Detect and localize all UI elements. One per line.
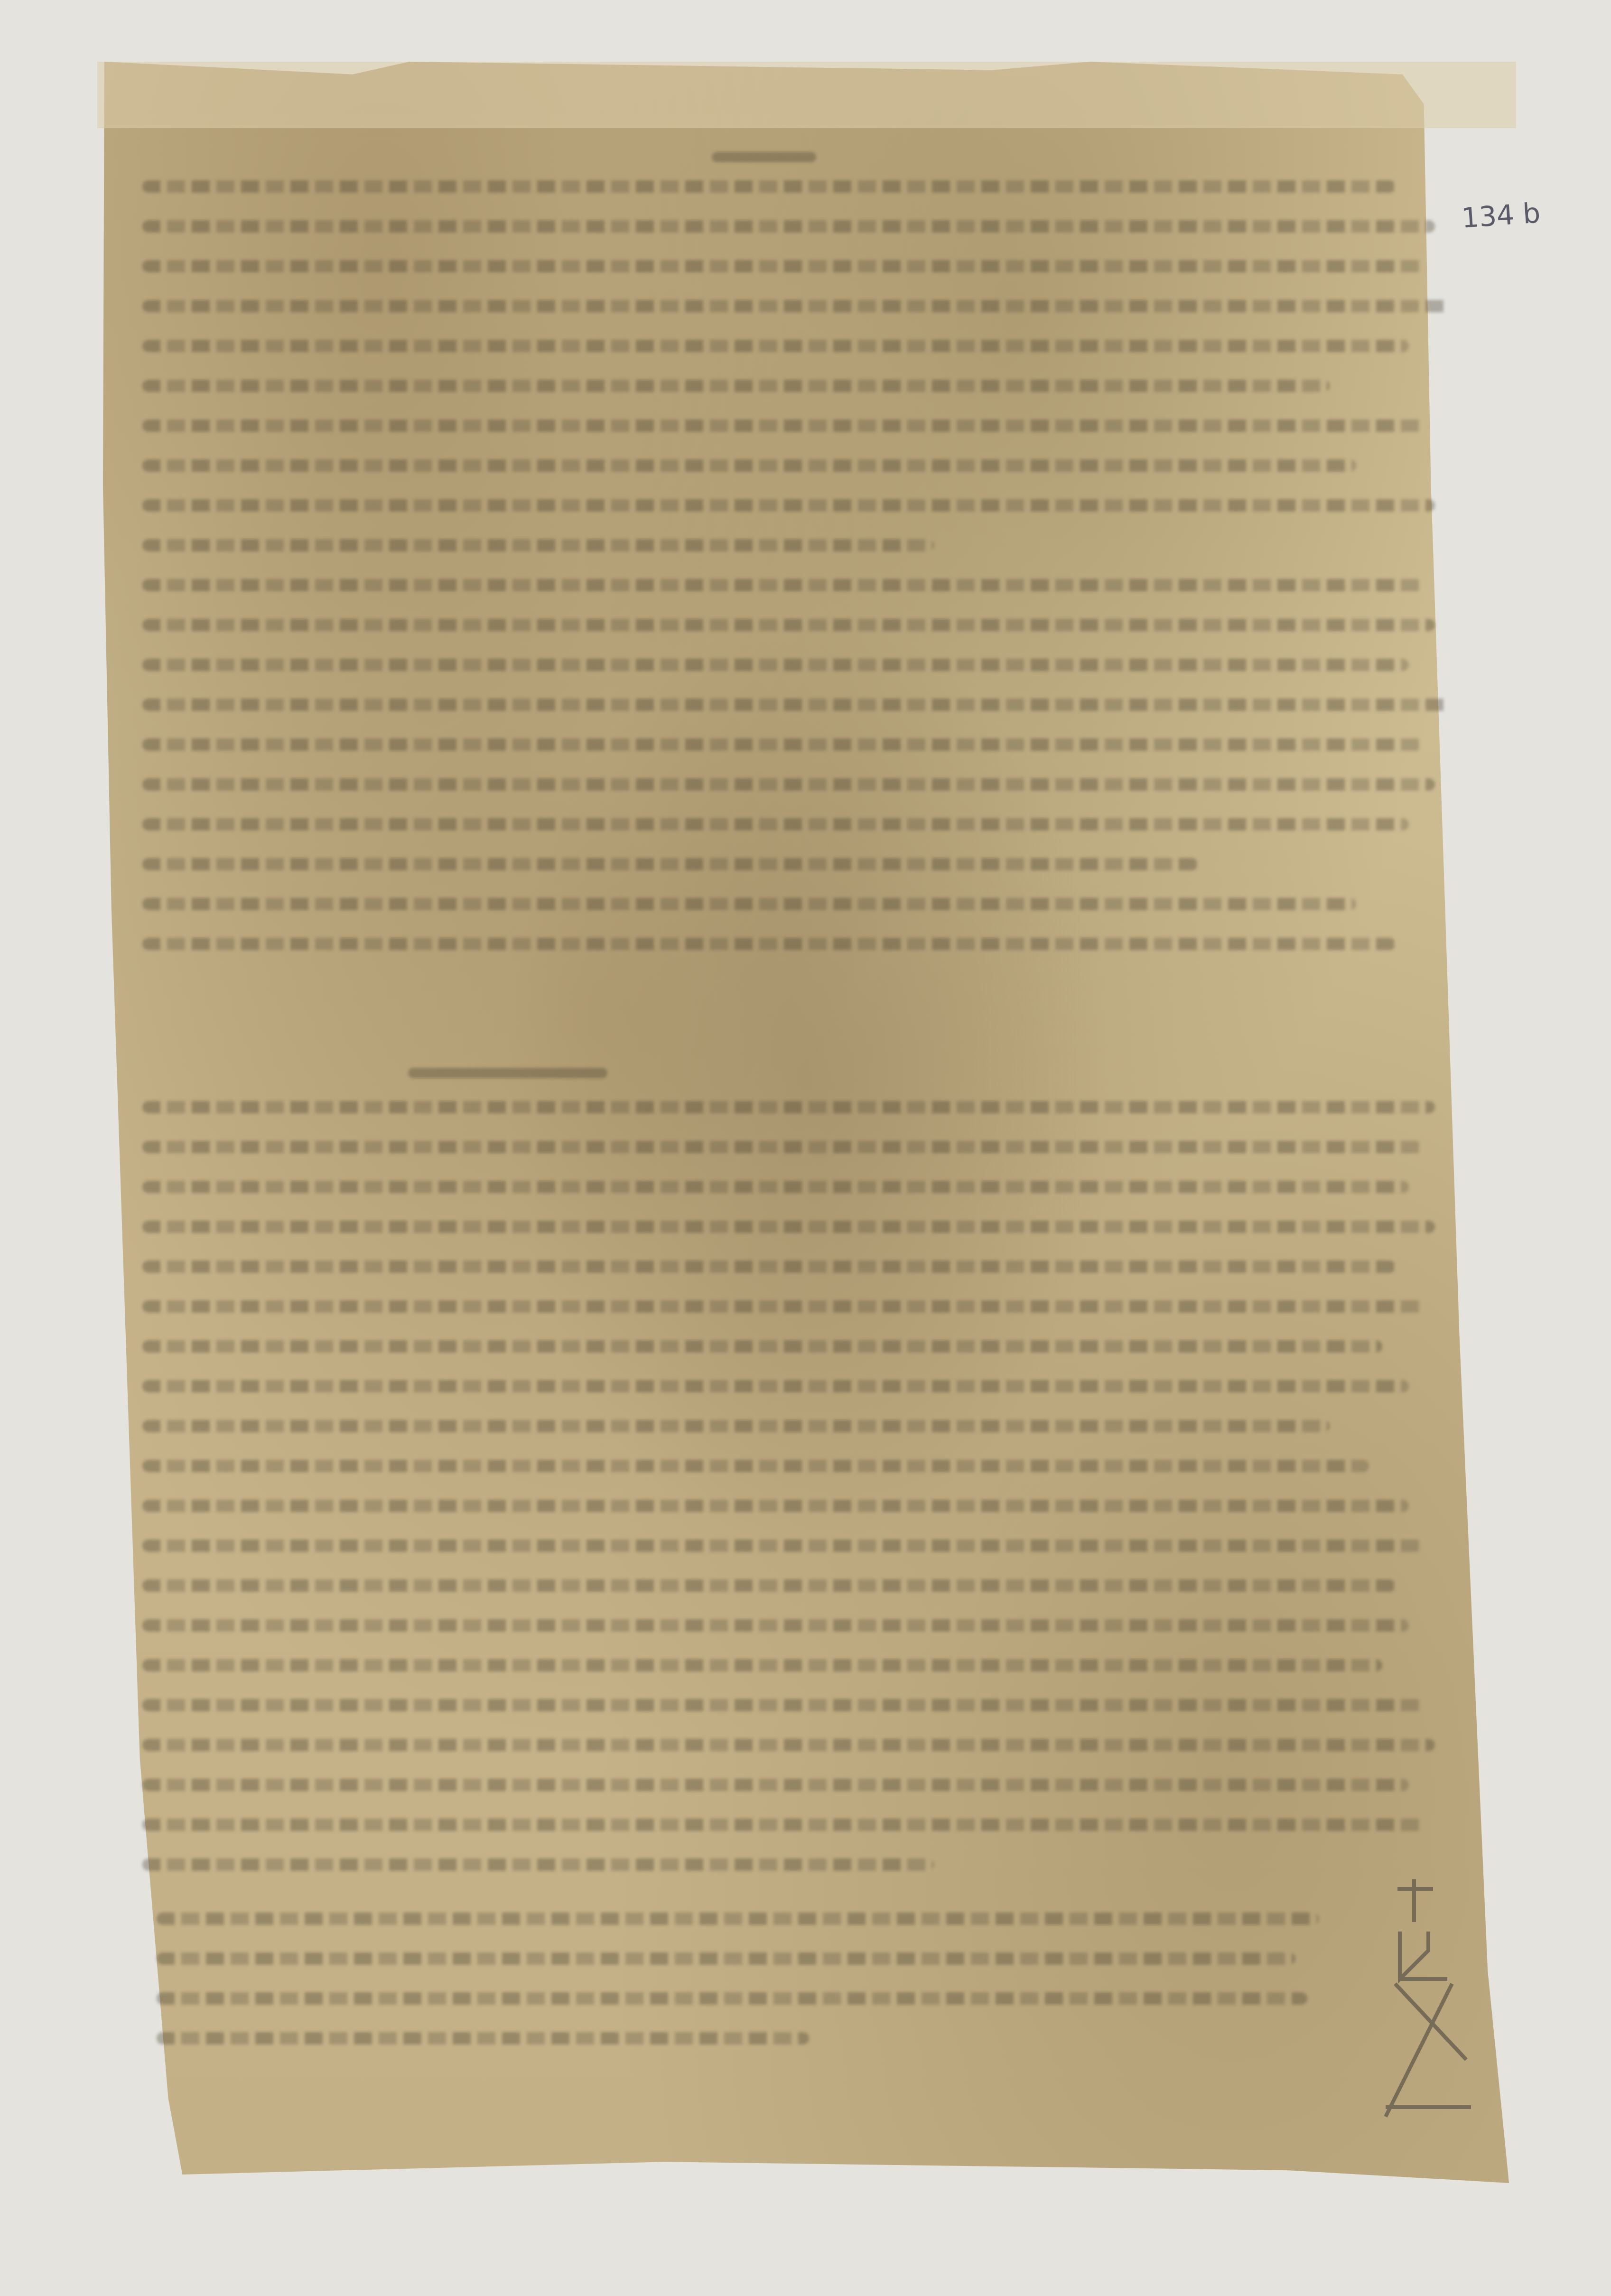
notarial-sign-icon: [1357, 1879, 1499, 2126]
top-repair-strip: [97, 62, 1516, 128]
closing-text-block: [157, 1913, 1343, 2072]
lower-text-block: [142, 1101, 1462, 1898]
section-heading: [408, 1068, 607, 1078]
upper-text-block: [142, 180, 1462, 978]
folio-number: 134 b: [1461, 196, 1541, 234]
top-heading: [712, 152, 816, 162]
